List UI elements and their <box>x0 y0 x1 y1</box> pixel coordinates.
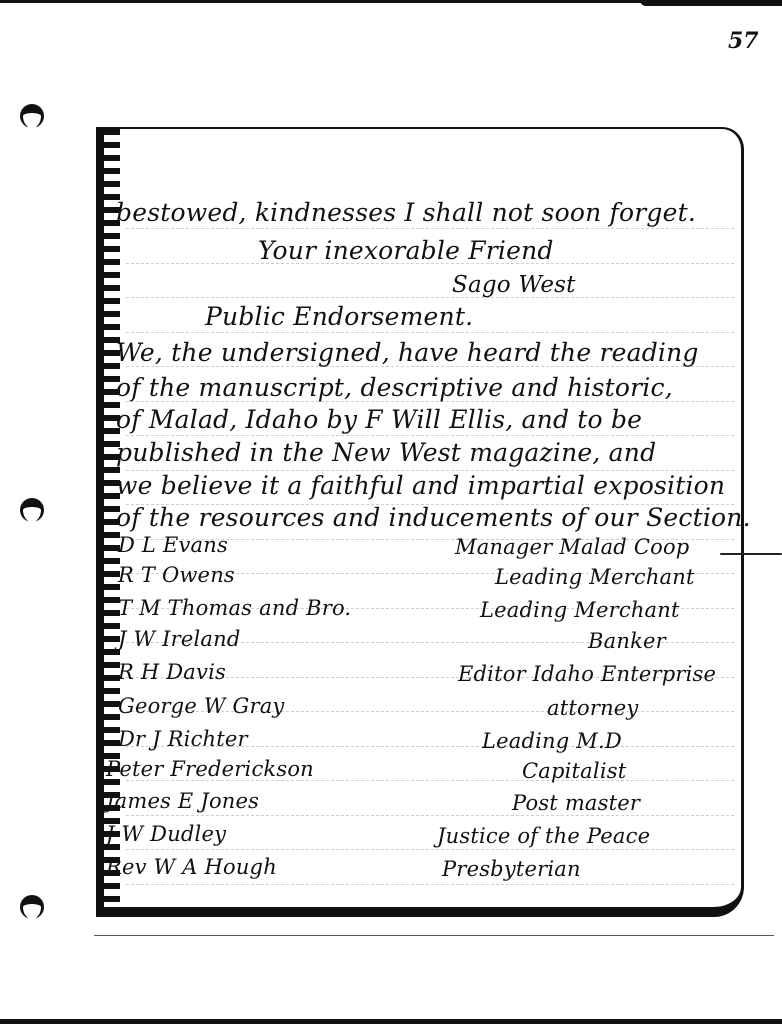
ruled-line <box>126 815 734 816</box>
ruled-line <box>126 435 734 436</box>
signatory-name: Dr J Richter <box>118 727 248 751</box>
margin-mark <box>720 553 782 555</box>
signatory-title: Justice of the Peace <box>437 824 650 848</box>
signatory-name: Peter Frederickson <box>106 757 314 781</box>
scan-top-edge-shadow <box>640 0 782 6</box>
signatory-name: R T Owens <box>118 563 235 587</box>
signatory-name: D L Evans <box>118 533 228 557</box>
signatory-name: J W Ireland <box>118 627 241 651</box>
signatory-name: George W Gray <box>118 694 285 718</box>
signatory-title: Presbyterian <box>442 857 581 881</box>
signatory-title: Capitalist <box>522 759 626 783</box>
scan-bottom-edge <box>0 1019 782 1024</box>
signatory-name: Rev W A Hough <box>106 855 277 879</box>
endorsement-body-line: we believe it a faithful and impartial e… <box>116 471 725 500</box>
endorsement-body-line: We, the undersigned, have heard the read… <box>116 338 699 367</box>
binder-hole-top <box>20 104 46 130</box>
endorsement-body-line: of Malad, Idaho by F Will Ellis, and to … <box>116 405 642 434</box>
endorsement-body-line: of the manuscript, descriptive and histo… <box>116 373 673 402</box>
ruled-line <box>126 332 734 333</box>
letter-text-line: bestowed, kindnesses I shall not soon fo… <box>116 198 696 227</box>
signatory-title: attorney <box>547 696 639 720</box>
ruled-line <box>126 297 734 298</box>
signatory-title: Banker <box>588 629 666 653</box>
ruled-line <box>126 884 734 885</box>
page-number: 57 <box>728 28 759 54</box>
letter-closing: Your inexorable Friend <box>258 236 554 265</box>
signatory-title: Leading Merchant <box>480 598 680 622</box>
ruled-line <box>126 849 734 850</box>
signatory-name: T M Thomas and Bro. <box>118 596 351 620</box>
letter-signature: Sago West <box>452 272 576 298</box>
binder-hole-middle <box>20 498 46 524</box>
signatory-title: Post master <box>512 791 640 815</box>
binder-hole-bottom <box>20 895 46 921</box>
signatory-title: Editor Idaho Enterprise <box>458 662 716 686</box>
signatory-name: J W Dudley <box>106 822 226 846</box>
ruled-line <box>126 228 734 229</box>
endorsement-body-line: published in the New West magazine, and <box>116 438 656 467</box>
signatory-title: Leading M.D <box>482 729 622 753</box>
signatory-title: Leading Merchant <box>495 565 695 589</box>
page-edge-line <box>94 935 774 936</box>
signatory-title: Manager Malad Coop <box>455 535 689 559</box>
endorsement-heading: Public Endorsement. <box>205 302 473 331</box>
endorsement-body-line: of the resources and inducements of our … <box>116 503 751 532</box>
signatory-name: James E Jones <box>106 789 259 813</box>
signatory-name: R H Davis <box>118 660 226 684</box>
